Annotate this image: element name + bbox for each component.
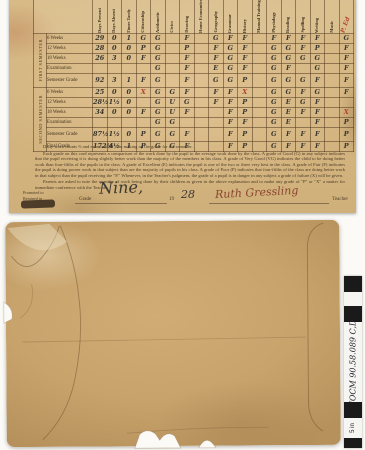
- grade-cell: G: [165, 118, 180, 128]
- torn-notch-small: [199, 440, 216, 448]
- semester-group-label: SECOND SEMESTER: [34, 88, 47, 152]
- grade-cell: F: [310, 34, 325, 44]
- grade-cell: [325, 98, 340, 108]
- grade-cell: G: [151, 44, 166, 54]
- grade-cell: [165, 54, 180, 64]
- grade-cell: F: [136, 54, 151, 64]
- grade-cell: P: [238, 128, 253, 142]
- grade-cell: 1½: [107, 98, 122, 108]
- grade-cell: G: [267, 44, 282, 54]
- row-label: 18 Weeks: [47, 108, 93, 118]
- grade-cell: 0: [122, 128, 137, 142]
- grade-cell: [325, 44, 340, 54]
- grade-cell: F: [238, 44, 253, 54]
- grade-cell: G: [281, 44, 296, 54]
- grade-cell: G: [209, 74, 224, 88]
- grade-cell: E: [209, 64, 224, 74]
- signature-row: Promoted to Retained in Grade Nine, 19 2…: [23, 186, 348, 210]
- grade-cell: [122, 118, 137, 128]
- grade-cell: [93, 118, 108, 128]
- grade-cell: G: [151, 74, 166, 88]
- grade-cell: F: [238, 64, 253, 74]
- grade-cell: X: [136, 88, 151, 98]
- grade-cell: G: [136, 34, 151, 44]
- grade-cell: G: [339, 34, 354, 44]
- grade-cell: G: [209, 34, 224, 44]
- row-label: 12 Weeks: [47, 98, 93, 108]
- grade-cell: 0: [122, 88, 137, 98]
- grade-cell: G: [267, 98, 282, 108]
- scale-segment: [344, 438, 362, 448]
- grade-cell: [252, 64, 267, 74]
- grade-cell: F: [136, 108, 151, 118]
- grade-cell: 0: [107, 44, 122, 54]
- grade-cell: F: [223, 108, 238, 118]
- grade-cell: 29: [93, 34, 108, 44]
- scale-text: 5 in: [350, 423, 356, 433]
- grade-cell: [194, 74, 209, 88]
- grade-cell: [252, 98, 267, 108]
- grade-underline: [75, 203, 167, 204]
- scale-segment: [344, 402, 362, 418]
- year-handwritten: 28: [181, 188, 195, 201]
- grade-cell: E: [281, 108, 296, 118]
- photo-scale-strip: JOCM 90.58.089 C,D 5 in: [344, 276, 362, 448]
- column-header-handwritten: P. Ed: [339, 0, 354, 34]
- grade-cell: 0: [122, 108, 137, 118]
- grade-cell: F: [339, 44, 354, 54]
- grade-cell: F: [339, 88, 354, 98]
- grade-cell: [252, 44, 267, 54]
- grade-cell: [194, 118, 209, 128]
- grade-cell: [325, 108, 340, 118]
- grade-cell: [325, 64, 340, 74]
- accession-number: JOCM 90.58.089 C,D: [349, 320, 358, 405]
- grade-cell: [325, 74, 340, 88]
- column-header: Geography: [209, 0, 224, 34]
- grade-cell: 0: [122, 44, 137, 54]
- grade-cell: 3: [107, 54, 122, 64]
- grade-cell: P: [136, 44, 151, 54]
- grade-cell: F: [310, 74, 325, 88]
- grade-cell: F: [136, 74, 151, 88]
- grade-cell: G: [223, 44, 238, 54]
- column-header: Grammar: [223, 0, 238, 34]
- grade-cell: F: [180, 64, 195, 74]
- teacher-signature: Ruth Gressling: [215, 184, 299, 201]
- envelope-detail-lines: [5, 220, 341, 447]
- grade-cell: G: [151, 34, 166, 44]
- grade-cell: [165, 64, 180, 74]
- grade-cell: F: [310, 98, 325, 108]
- grade-cell: G: [165, 128, 180, 142]
- grade-cell: G: [267, 118, 282, 128]
- grade-cell: F: [209, 54, 224, 64]
- grade-cell: [194, 98, 209, 108]
- scale-segment: [344, 292, 362, 306]
- grade-cell: P: [238, 98, 253, 108]
- grade-cell: F: [180, 88, 195, 98]
- grade-cell: F: [296, 34, 311, 44]
- grade-cell: G: [281, 54, 296, 64]
- grade-cell: F: [238, 54, 253, 64]
- grade-cell: F: [238, 118, 253, 128]
- grade-cell: [194, 54, 209, 64]
- grade-cell: [107, 118, 122, 128]
- grade-cell: X: [238, 88, 253, 98]
- grade-cell: [252, 88, 267, 98]
- grade-cell: [209, 108, 224, 118]
- grade-cell: F: [339, 74, 354, 88]
- grade-cell: G: [267, 108, 282, 118]
- row-label: Semester Grade: [47, 74, 93, 88]
- grade-cell: G: [296, 98, 311, 108]
- grade-cell: 34: [93, 108, 108, 118]
- grade-cell: [165, 44, 180, 54]
- column-header: Days Present: [93, 0, 108, 34]
- grade-cell: F: [180, 108, 195, 118]
- grade-cell: P: [339, 118, 354, 128]
- grade-cell: [122, 64, 137, 74]
- grade-cell: G: [151, 88, 166, 98]
- grade-cell: [252, 108, 267, 118]
- grade-cell: F: [209, 88, 224, 98]
- grade-cell: P: [136, 128, 151, 142]
- grade-cell: G: [223, 74, 238, 88]
- column-header: Writing: [310, 0, 325, 34]
- grade-cell: [209, 128, 224, 142]
- fine-print-paragraph: Daily work counts ⅔ and examination ⅓ in…: [35, 144, 345, 150]
- grade-cell: G: [151, 118, 166, 128]
- grade-cell: X: [339, 108, 354, 118]
- grade-cell: [325, 34, 340, 44]
- grade-cell: F: [267, 34, 282, 44]
- report-card: Days PresentDays AbsentTimes TardyCitize…: [9, 0, 356, 213]
- column-header: Spelling: [296, 0, 311, 34]
- grade-cell: 3: [107, 74, 122, 88]
- report-table: Days PresentDays AbsentTimes TardyCitize…: [33, 0, 354, 152]
- grade-cell: [194, 88, 209, 98]
- grade-cell: 28½: [93, 98, 108, 108]
- grade-cell: G: [151, 108, 166, 118]
- grade-cell: 26: [93, 54, 108, 64]
- grade-cell: 0: [122, 98, 137, 108]
- teacher-label: Teacher: [332, 197, 348, 202]
- grade-cell: G: [267, 54, 282, 64]
- column-header: Home Economics: [194, 0, 209, 34]
- grade-cell: 92: [93, 74, 108, 88]
- column-header: Reading: [281, 0, 296, 34]
- grade-cell: G: [151, 54, 166, 64]
- grade-cell: G: [267, 128, 282, 142]
- column-header: Citizenship: [136, 0, 151, 34]
- grade-cell: E: [281, 98, 296, 108]
- grade-cell: G: [267, 74, 282, 88]
- grade-cell: [194, 64, 209, 74]
- row-label: 6 Weeks: [47, 34, 93, 44]
- grade-cell: [136, 118, 151, 128]
- table-corner: [34, 0, 93, 34]
- grade-cell: G: [267, 64, 282, 74]
- scanned-photo: Days PresentDays AbsentTimes TardyCitize…: [0, 0, 365, 450]
- grade-cell: [180, 118, 195, 128]
- grade-cell: G: [151, 128, 166, 142]
- grade-cell: P: [339, 128, 354, 142]
- grade-cell: 0: [107, 34, 122, 44]
- grade-cell: F: [296, 108, 311, 118]
- grade-cell: F: [310, 118, 325, 128]
- ink-blot: [21, 199, 55, 208]
- grade-cell: F: [281, 128, 296, 142]
- grade-cell: F: [180, 74, 195, 88]
- grade-cell: [194, 128, 209, 142]
- grade-cell: 87½: [93, 128, 108, 142]
- grade-cell: F: [223, 88, 238, 98]
- fine-print: Daily work counts ⅔ and examination ⅓ in…: [35, 144, 345, 191]
- grade-cell: G: [310, 64, 325, 74]
- row-label: 6 Weeks: [47, 88, 93, 98]
- grade-cell: [165, 74, 180, 88]
- grade-cell: P: [238, 108, 253, 118]
- grade-cell: [93, 64, 108, 74]
- grade-cell: [107, 64, 122, 74]
- grade-cell: F: [296, 88, 311, 98]
- row-label: Examination: [47, 64, 93, 74]
- grade-cell: [165, 34, 180, 44]
- column-header: Times Tardy: [122, 0, 137, 34]
- grade-cell: G: [281, 88, 296, 98]
- grade-cell: G: [267, 88, 282, 98]
- horizontal-crease: [22, 337, 306, 342]
- column-header: Manual Training: [252, 0, 267, 34]
- grade-cell: F: [238, 34, 253, 44]
- grade-cell: [252, 118, 267, 128]
- grade-cell: [209, 118, 224, 128]
- grade-cell: [136, 64, 151, 74]
- grade-cell: F: [339, 64, 354, 74]
- grade-cell: P: [310, 44, 325, 54]
- row-label: Semester Grade: [47, 128, 93, 142]
- row-label: 18 Weeks: [47, 54, 93, 64]
- grade-cell: F: [223, 34, 238, 44]
- right-seam: [307, 223, 324, 431]
- grade-cell: 1: [122, 74, 137, 88]
- flap-seam-curve: [41, 226, 81, 440]
- grade-cell: [325, 88, 340, 98]
- grade-cell: 1: [122, 34, 137, 44]
- grade-cell: G: [310, 54, 325, 64]
- grade-cell: [252, 128, 267, 142]
- grade-cell: 28: [93, 44, 108, 54]
- grade-cell: E: [281, 118, 296, 128]
- grade-cell: [194, 108, 209, 118]
- grade-cell: F: [209, 98, 224, 108]
- grade-cell: [194, 34, 209, 44]
- grade-cell: F: [180, 54, 195, 64]
- grade-cell: G: [165, 88, 180, 98]
- grade-cell: U: [165, 98, 180, 108]
- corner-crease: [20, 284, 33, 318]
- column-header: History: [238, 0, 253, 34]
- grade-cell: G: [296, 74, 311, 88]
- grade-cell: G: [180, 98, 195, 108]
- column-header: Civics: [165, 0, 180, 34]
- grade-cell: P: [238, 74, 253, 88]
- grade-cell: F: [310, 108, 325, 118]
- semester-group-label: FIRST SEMESTER: [34, 34, 47, 88]
- grade-cell: P: [180, 44, 195, 54]
- grade-cell: [296, 118, 311, 128]
- grade-cell: F: [223, 98, 238, 108]
- grade-cell: [252, 74, 267, 88]
- grade-cell: F: [310, 128, 325, 142]
- grade-cell: 1½: [107, 128, 122, 142]
- scale-segment: JOCM 90.58.089 C,D: [344, 322, 362, 402]
- grade-cell: 25: [93, 88, 108, 98]
- grade-cell: G: [151, 98, 166, 108]
- grade-cell: F: [223, 128, 238, 142]
- grade-cell: G: [296, 54, 311, 64]
- grade-cell: F: [223, 118, 238, 128]
- grade-cell: U: [165, 108, 180, 118]
- grade-cell: F: [180, 128, 195, 142]
- grade-cell: 0: [122, 54, 137, 64]
- grade-cell: F: [180, 34, 195, 44]
- fine-print-paragraph: Each grade on this card represents a com…: [35, 151, 345, 179]
- grade-cell: G: [310, 88, 325, 98]
- grade-cell: G: [223, 54, 238, 64]
- grade-cell: [194, 44, 209, 54]
- grade-cell: 0: [107, 108, 122, 118]
- grade-cell: [136, 98, 151, 108]
- grade-cell: [252, 34, 267, 44]
- grade-value-handwritten: Nine,: [99, 177, 144, 198]
- grade-cell: [325, 118, 340, 128]
- year-prefix: 19: [169, 197, 174, 202]
- column-header: Arithmetic: [151, 0, 166, 34]
- grade-cell: [325, 54, 340, 64]
- grade-cell: G: [281, 74, 296, 88]
- grade-cell: [325, 128, 340, 142]
- grade-cell: F: [296, 44, 311, 54]
- signature-underline: [209, 203, 329, 204]
- grade-cell: [339, 98, 354, 108]
- grade-cell: [252, 54, 267, 64]
- grade-cell: 0: [107, 88, 122, 98]
- torn-notch-large: [135, 430, 181, 448]
- scale-segment: [344, 276, 362, 292]
- column-header: Days Absent: [107, 0, 122, 34]
- envelope: [5, 220, 341, 447]
- row-label: Examination: [47, 118, 93, 128]
- scale-segment: 5 in: [344, 418, 362, 438]
- grade-cell: [296, 64, 311, 74]
- column-header: Physiology: [267, 0, 282, 34]
- grade-cell: G: [151, 64, 166, 74]
- grade-cell: G: [223, 64, 238, 74]
- grade-cell: F: [296, 128, 311, 142]
- grade-cell: F: [209, 44, 224, 54]
- row-label: 12 Weeks: [47, 44, 93, 54]
- edge-chip: [4, 302, 12, 323]
- column-header: Drawing: [180, 0, 195, 34]
- column-header: Music: [325, 0, 340, 34]
- grade-cell: F: [339, 54, 354, 64]
- grade-label: Grade: [79, 197, 91, 202]
- grade-cell: F: [281, 64, 296, 74]
- grade-cell: F: [281, 34, 296, 44]
